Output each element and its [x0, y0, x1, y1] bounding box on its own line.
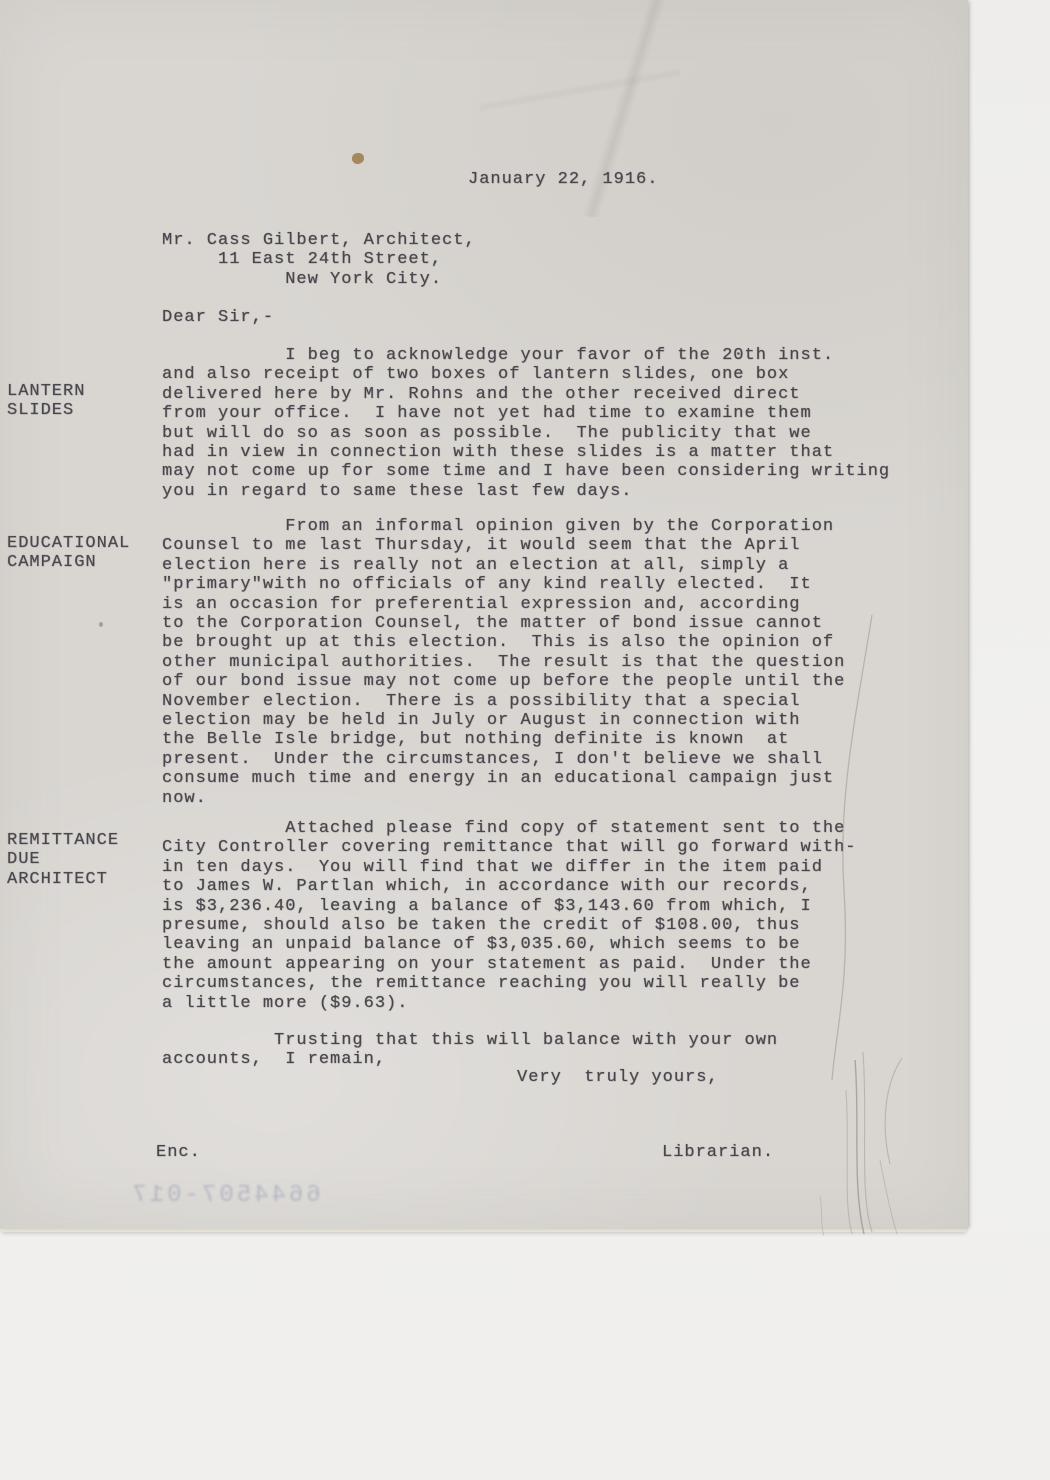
- paper-stain-dot: [352, 153, 364, 164]
- paragraph-educational-campaign: From an informal opinion given by the Co…: [162, 517, 845, 808]
- bleedthrough-stamp: 6644507-017: [95, 1183, 355, 1209]
- enclosure-note: Enc.: [156, 1143, 201, 1162]
- paragraph-remittance-due-architect: Attached please find copy of statement s…: [162, 819, 857, 1013]
- signature-title: Librarian.: [662, 1143, 774, 1162]
- paper-crease: [576, 0, 674, 223]
- letter-date: January 22, 1916.: [468, 170, 658, 189]
- margin-note-remittance-due-architect: REMITTANCE DUE ARCHITECT: [7, 831, 119, 889]
- valediction: Very truly yours,: [517, 1068, 719, 1087]
- paragraph-lantern-slides: I beg to acknowledge your favor of the 2…: [162, 346, 890, 501]
- ink-speck: [99, 622, 103, 627]
- salutation: Dear Sir,-: [162, 308, 274, 327]
- recipient-address: Mr. Cass Gilbert, Architect, 11 East 24t…: [162, 231, 476, 289]
- margin-note-educational-campaign: EDUCATIONAL CAMPAIGN: [7, 534, 130, 573]
- letter-document: January 22, 1916. Mr. Cass Gilbert, Arch…: [0, 0, 968, 1229]
- paper-crease: [480, 60, 680, 120]
- margin-note-lantern-slides: LANTERN SLIDES: [7, 382, 85, 421]
- scan-background: January 22, 1916. Mr. Cass Gilbert, Arch…: [0, 0, 1050, 1480]
- closing-line: Trusting that this will balance with you…: [162, 1031, 778, 1070]
